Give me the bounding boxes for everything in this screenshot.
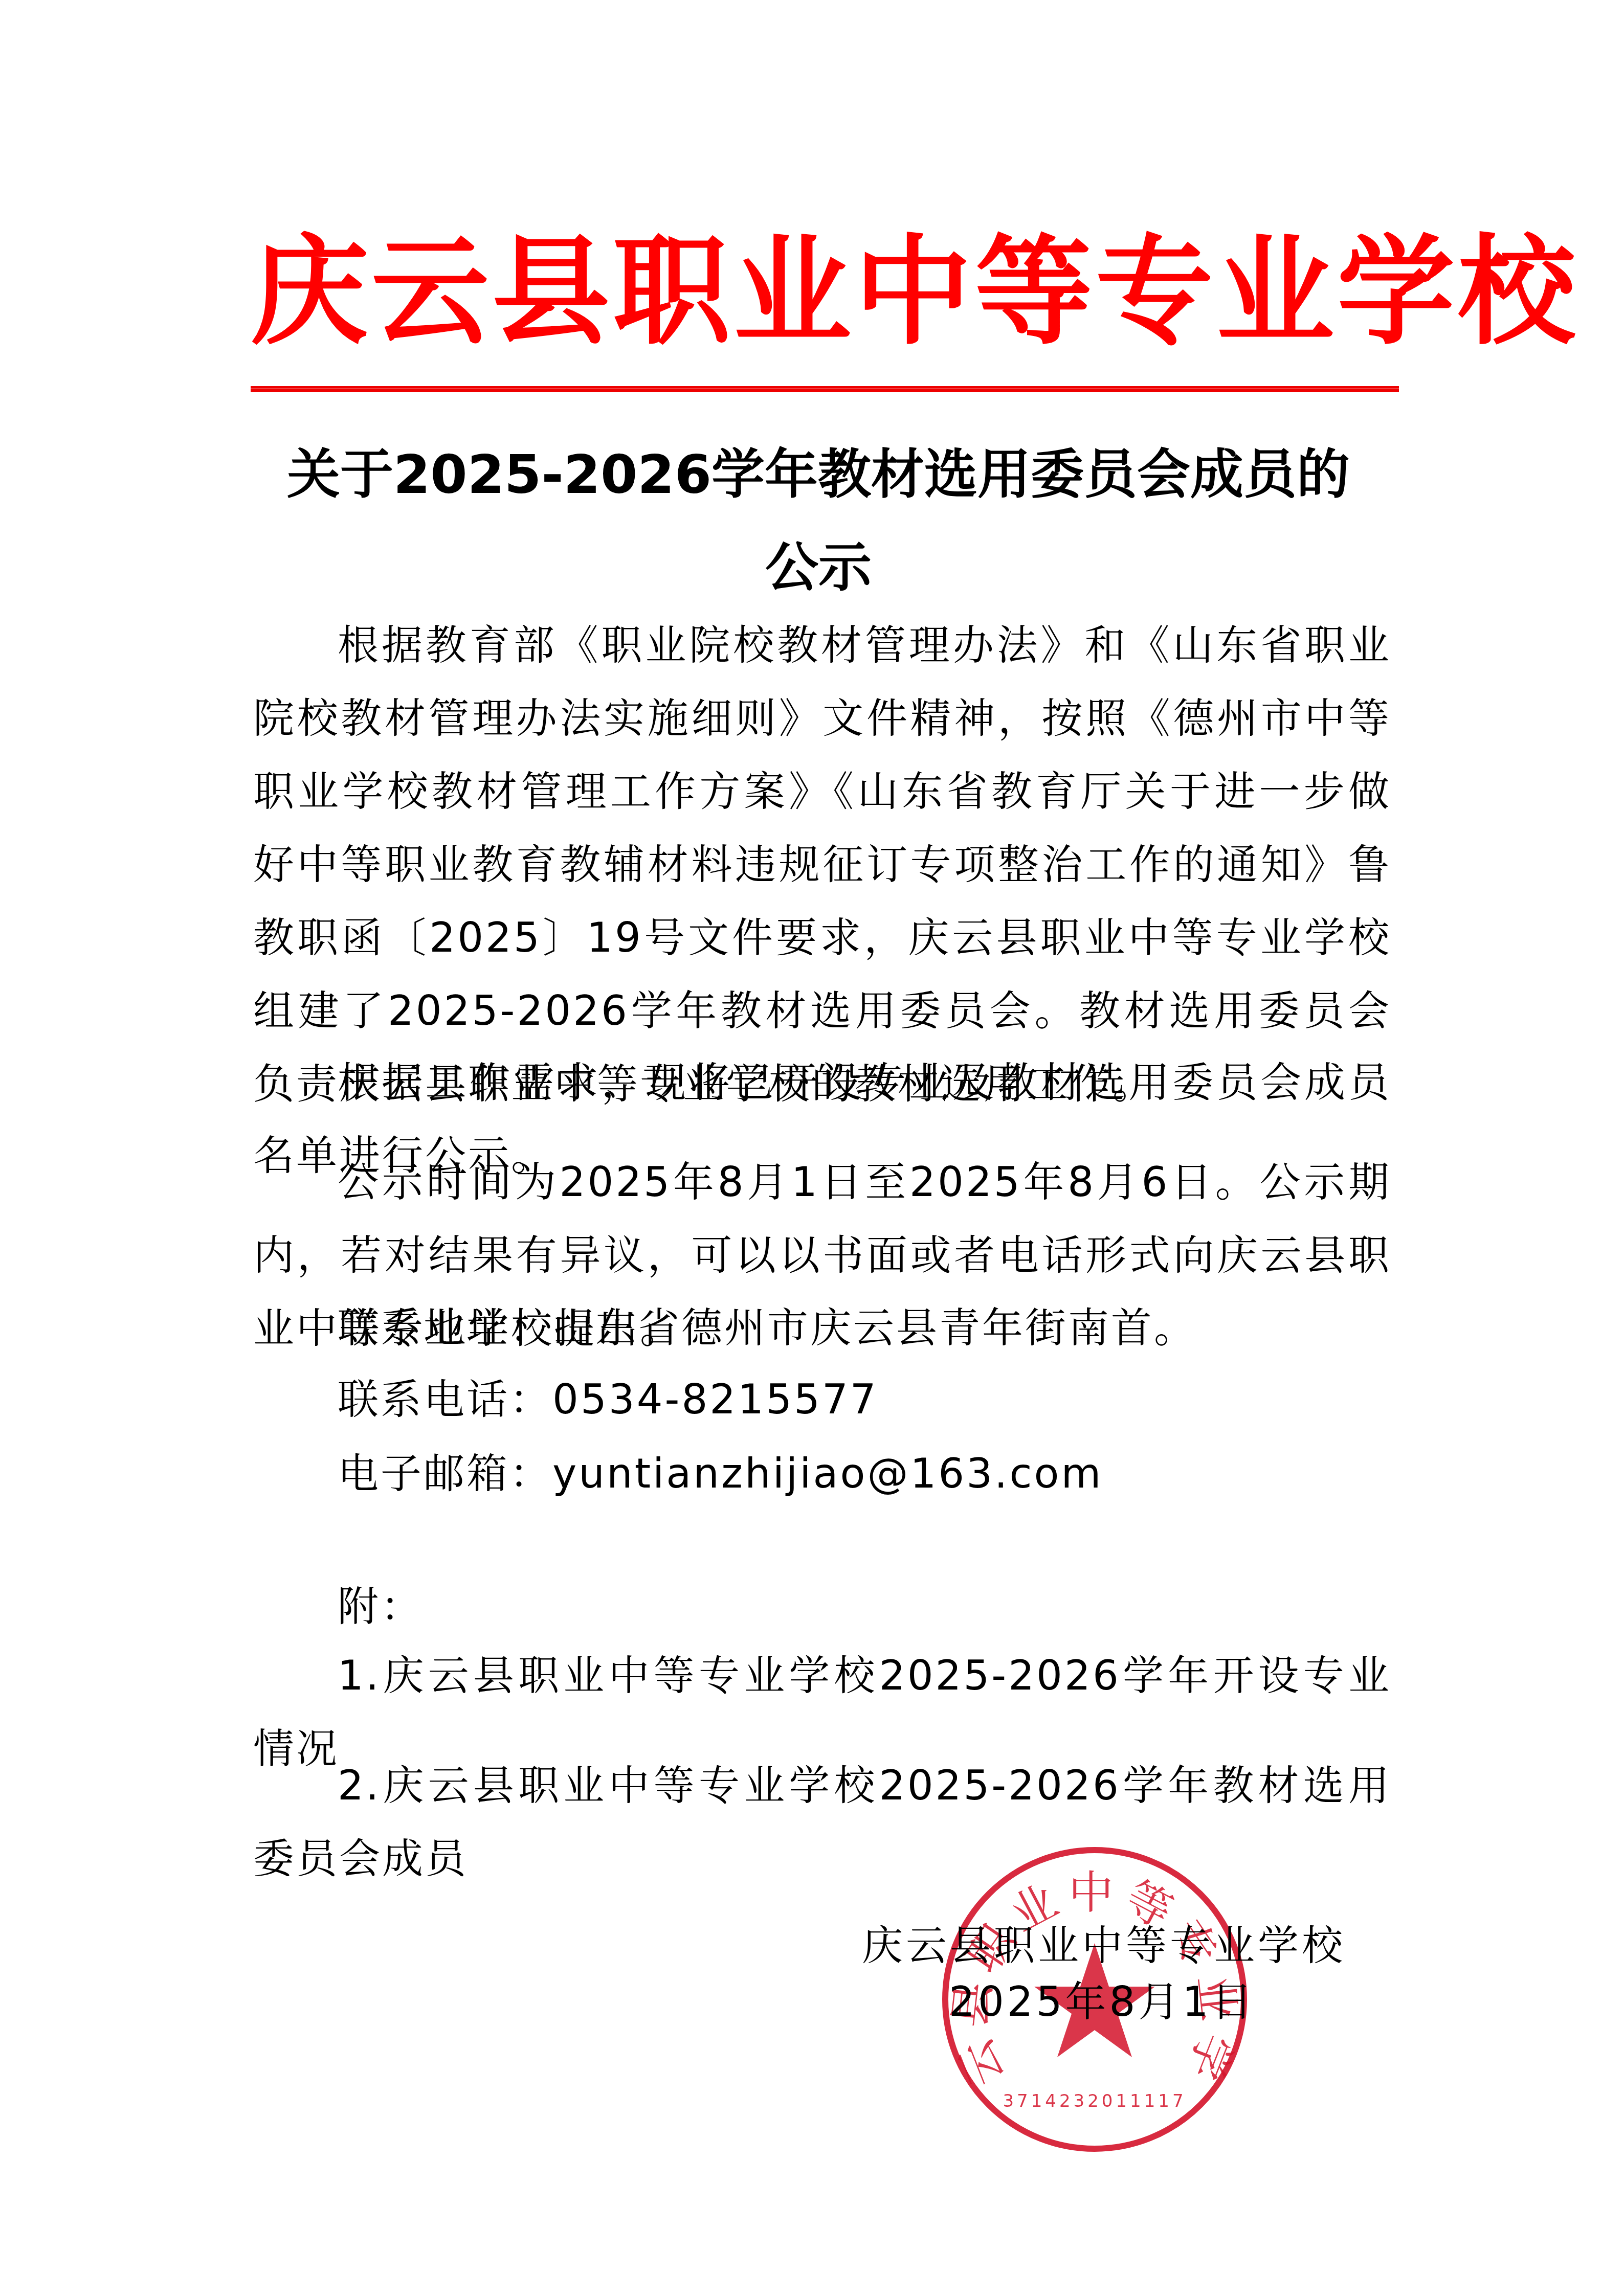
contact-email: 电子邮箱：yuntianzhijiao@163.com xyxy=(338,1437,1103,1510)
stamp-code: 3714232011117 xyxy=(1003,2091,1186,2111)
body-paragraph-1: 根据教育部《职业院校教材管理办法》和《山东省职业院校教材管理办法实施细则》文件精… xyxy=(253,609,1391,1120)
signature-organization: 庆云县职业中等专业学校 xyxy=(862,1918,1346,1974)
document-title-line1: 关于2025-2026学年教材选用委员会成员的 xyxy=(240,444,1396,505)
contact-phone: 联系电话：0534-8215577 xyxy=(338,1363,878,1436)
signature-date: 2025年8月1日 xyxy=(949,1974,1255,2030)
letterhead-divider xyxy=(251,386,1399,392)
letterhead-school-name: 庆云县职业中等专业学校 xyxy=(251,225,1376,358)
document-title-line2: 公示 xyxy=(240,537,1396,598)
attachments-heading: 附： xyxy=(338,1570,424,1643)
contact-address: 联系地址：山东省德州市庆云县青年街南首。 xyxy=(338,1291,1197,1364)
